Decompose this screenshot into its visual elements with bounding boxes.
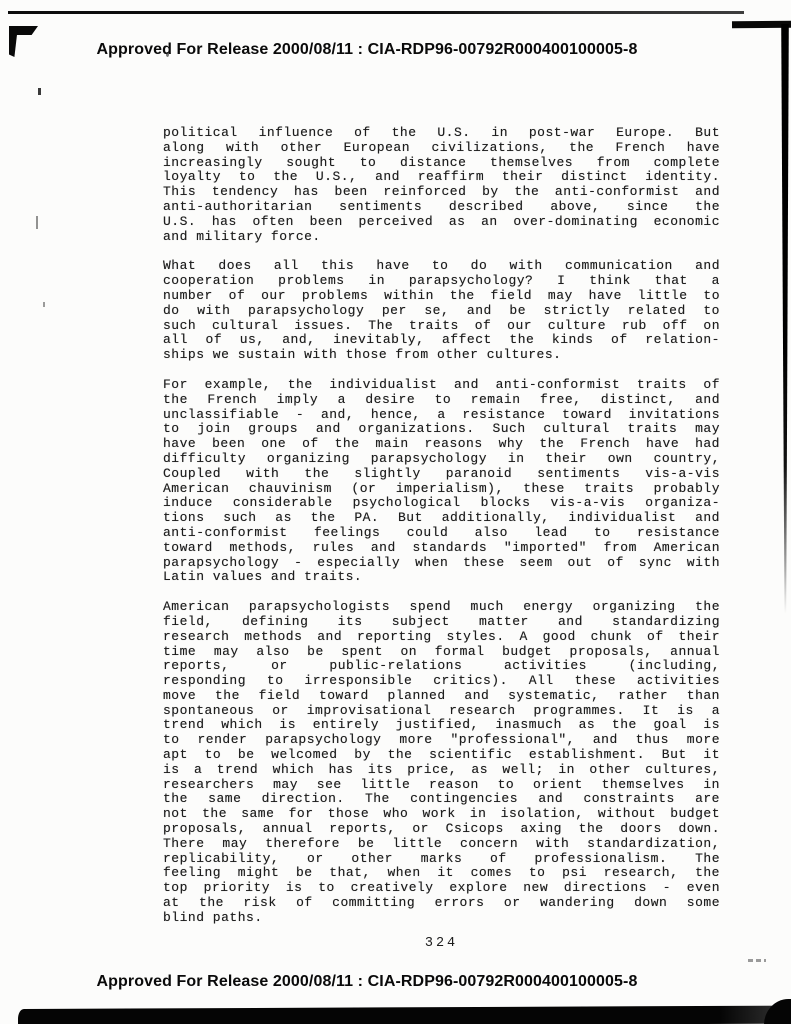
text-line: tions such as the PA. But additionally, … <box>163 511 720 526</box>
text-line: proposals, annual reports, or Csicops ax… <box>163 822 720 837</box>
text-line: anti-authoritarian sentiments described … <box>163 200 720 215</box>
scan-artifact-bottom-bar <box>18 1006 791 1024</box>
text-line: American parapsychologists spend much en… <box>163 600 720 615</box>
text-line: the French imply a desire to remain free… <box>163 393 720 408</box>
text-line: feeling might be that, when it comes to … <box>163 866 720 881</box>
text-line: researchers may see little reason to ori… <box>163 778 720 793</box>
text-line: research methods and reporting styles. A… <box>163 630 720 645</box>
paragraph: political influence of the U.S. in post-… <box>163 126 720 244</box>
page-number: 324 <box>163 936 720 951</box>
scan-artifact-top-rule <box>8 11 744 14</box>
paragraph: For example, the individualist and anti-… <box>163 378 720 585</box>
text-line: is a trend which has its price, as well;… <box>163 763 720 778</box>
text-line: U.S. has often been perceived as an over… <box>163 215 720 230</box>
text-line: What does all this have to do with commu… <box>163 259 720 274</box>
text-line: parapsychology - especially when these s… <box>163 556 720 571</box>
scan-speck <box>36 216 38 229</box>
text-line: move the field toward planned and system… <box>163 689 720 704</box>
text-line: all of us, and, inevitably, affect the k… <box>163 333 720 348</box>
text-line: to render parapsychology more "professio… <box>163 733 720 748</box>
text-line: field, defining its subject matter and s… <box>163 615 720 630</box>
text-line: toward methods, rules and standards "imp… <box>163 541 720 556</box>
text-line: such cultural issues. The traits of our … <box>163 319 720 334</box>
text-line: blind paths. <box>163 911 720 926</box>
text-line: not the same for those who work in isola… <box>163 807 720 822</box>
text-line: loyalty to the U.S., and reaffirm their … <box>163 170 720 185</box>
footer-release-stamp: Approved For Release 2000/08/11 : CIA-RD… <box>60 973 674 991</box>
scan-speck <box>38 88 41 95</box>
text-line: responding to irresponsible critics). Al… <box>163 674 720 689</box>
text-line: increasingly sought to distance themselv… <box>163 156 720 171</box>
text-line: Coupled with the slightly paranoid senti… <box>163 467 720 482</box>
text-line: Latin values and traits. <box>163 570 720 585</box>
text-line: political influence of the U.S. in post-… <box>163 126 720 141</box>
text-line: at the risk of committing errors or wand… <box>163 896 720 911</box>
text-line: anti-conformist feelings could also lead… <box>163 526 720 541</box>
text-line: top priority is to creatively explore ne… <box>163 881 720 896</box>
scan-speck <box>43 302 45 307</box>
text-line: along with other European civilizations,… <box>163 141 720 156</box>
text-line: the same direction. The contingencies an… <box>163 792 720 807</box>
text-line: ships we sustain with those from other c… <box>163 348 720 363</box>
scan-artifact-corner-bracket <box>9 26 18 57</box>
text-line: time may also be spent on formal budget … <box>163 645 720 660</box>
text-line: difficulty organizing parapsychology in … <box>163 452 720 467</box>
header-release-stamp: Approved For Release 2000/08/11 : CIA-RD… <box>60 41 674 59</box>
scan-artifact-right-edge-streak <box>780 24 790 614</box>
text-line: For example, the individualist and anti-… <box>163 378 720 393</box>
text-line: American chauvinism (or imperialism), th… <box>163 482 720 497</box>
text-line: number of our problems within the field … <box>163 289 720 304</box>
text-line: and military force. <box>163 230 720 245</box>
text-line: do with parapsychology per se, and be st… <box>163 304 720 319</box>
text-line: reports, or public-relations activities … <box>163 659 720 674</box>
text-line: have been one of the main reasons why th… <box>163 437 720 452</box>
text-line: trend which is entirely justified, inasm… <box>163 718 720 733</box>
scan-smudge <box>748 959 766 962</box>
paragraph: American parapsychologists spend much en… <box>163 600 720 926</box>
text-line: induce considerable psychological blocks… <box>163 496 720 511</box>
document-body: political influence of the U.S. in post-… <box>163 126 720 941</box>
paragraph: What does all this have to do with commu… <box>163 259 720 363</box>
text-line: spontaneous or improvisational research … <box>163 704 720 719</box>
text-line: to join groups and organizations. Such c… <box>163 422 720 437</box>
text-line: There may therefore be little concern wi… <box>163 837 720 852</box>
text-line: This tendency has been reinforced by the… <box>163 185 720 200</box>
text-line: cooperation problems in parapsychology? … <box>163 274 720 289</box>
scan-artifact-bottom-bar <box>764 999 791 1024</box>
scanned-document-page: Approved For Release 2000/08/11 : CIA-RD… <box>0 0 791 1024</box>
text-line: replicability, or other marks of profess… <box>163 852 720 867</box>
text-line: unclassifiable - and, hence, a resistanc… <box>163 408 720 423</box>
text-line: apt to be welcomed by the scientific est… <box>163 748 720 763</box>
